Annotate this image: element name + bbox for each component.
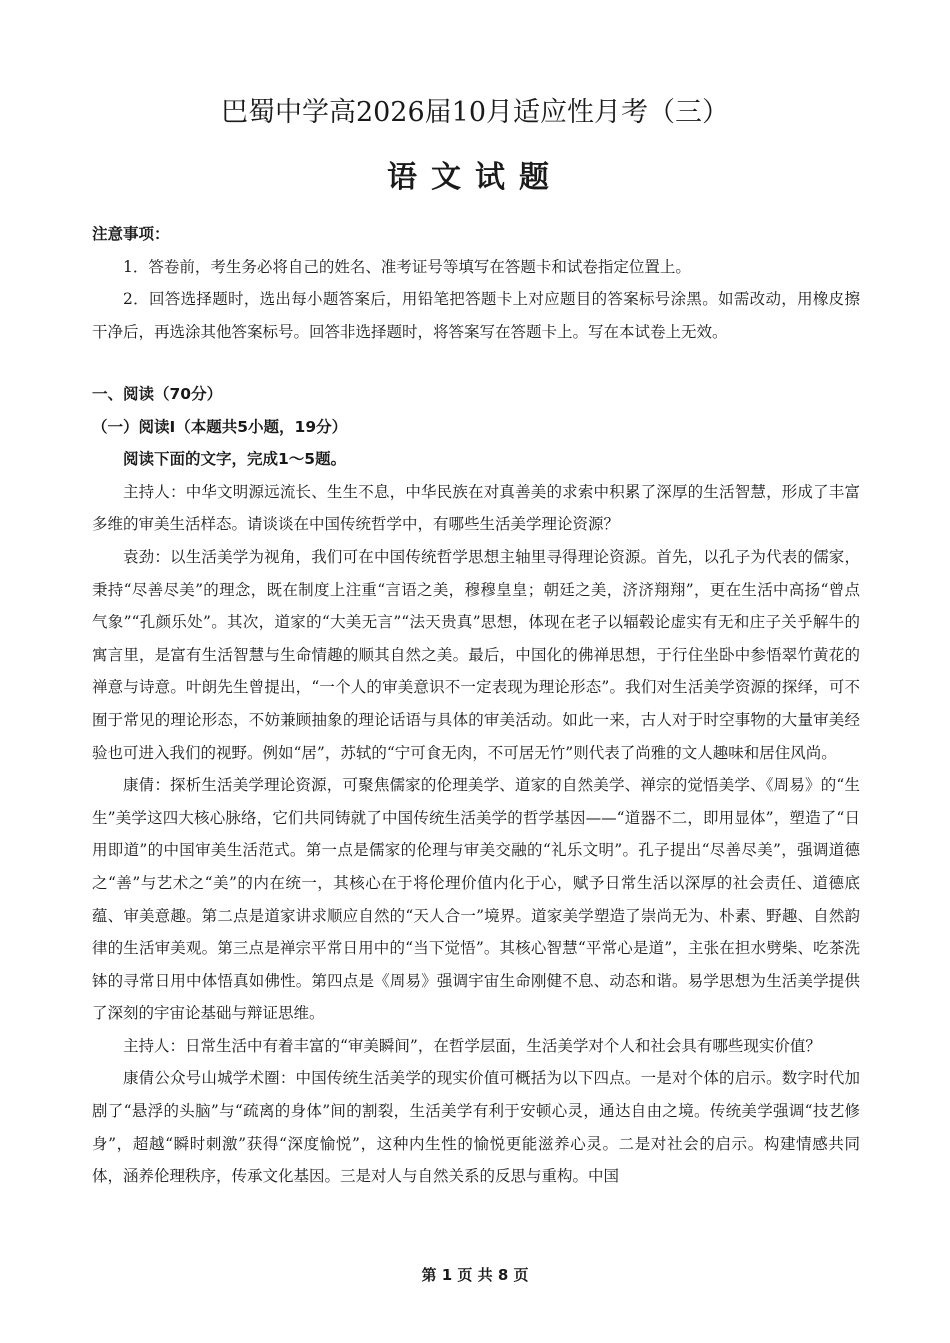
exam-subject-title: 语文试题 [0,152,950,196]
section-instruction: 阅读下面的文字，完成1～5题。 [92,443,860,476]
paragraph-kang-qian-2: 康倩公众号山城学术圈：中国传统生活美学的现实价值可概括为以下四点。一是对个体的启… [92,1062,860,1192]
paragraph-kang-qian: 康倩：探析生活美学理论资源，可聚焦儒家的伦理美学、道家的自然美学、禅宗的觉悟美学… [92,769,860,1030]
section-subheading: （一）阅读Ⅰ（本题共5小题，19分） [92,411,860,444]
notice-item-1: 1．答卷前，考生务必将自己的姓名、准考证号等填写在答题卡和试卷指定位置上。 [92,251,860,284]
paragraph-yuan-jin: 袁劲：以生活美学为视角，我们可在中国传统哲学思想主轴里寻得理论资源。首先，以孔子… [92,541,860,769]
exam-title: 巴蜀中学高2026届10月适应性月考（三） [0,90,950,129]
notice-heading: 注意事项： [92,218,860,251]
section-heading: 一、阅读（70分） [92,378,860,411]
paragraph-host-question-1: 主持人：中华文明源远流长、生生不息，中华民族在对真善美的求索中积累了深厚的生活智… [92,476,860,541]
page-number: 第 1 页 共 8 页 [0,1264,950,1285]
paragraph-host-question-2: 主持人：日常生活中有着丰富的“审美瞬间”，在哲学层面，生活美学对个人和社会具有哪… [92,1030,860,1063]
notice-block: 注意事项： 1．答卷前，考生务必将自己的姓名、准考证号等填写在答题卡和试卷指定位… [92,218,860,348]
notice-item-2: 2．回答选择题时，选出每小题答案后，用铅笔把答题卡上对应题目的答案标号涂黑。如需… [92,283,860,348]
reading-section: 一、阅读（70分） （一）阅读Ⅰ（本题共5小题，19分） 阅读下面的文字，完成1… [92,378,860,1193]
